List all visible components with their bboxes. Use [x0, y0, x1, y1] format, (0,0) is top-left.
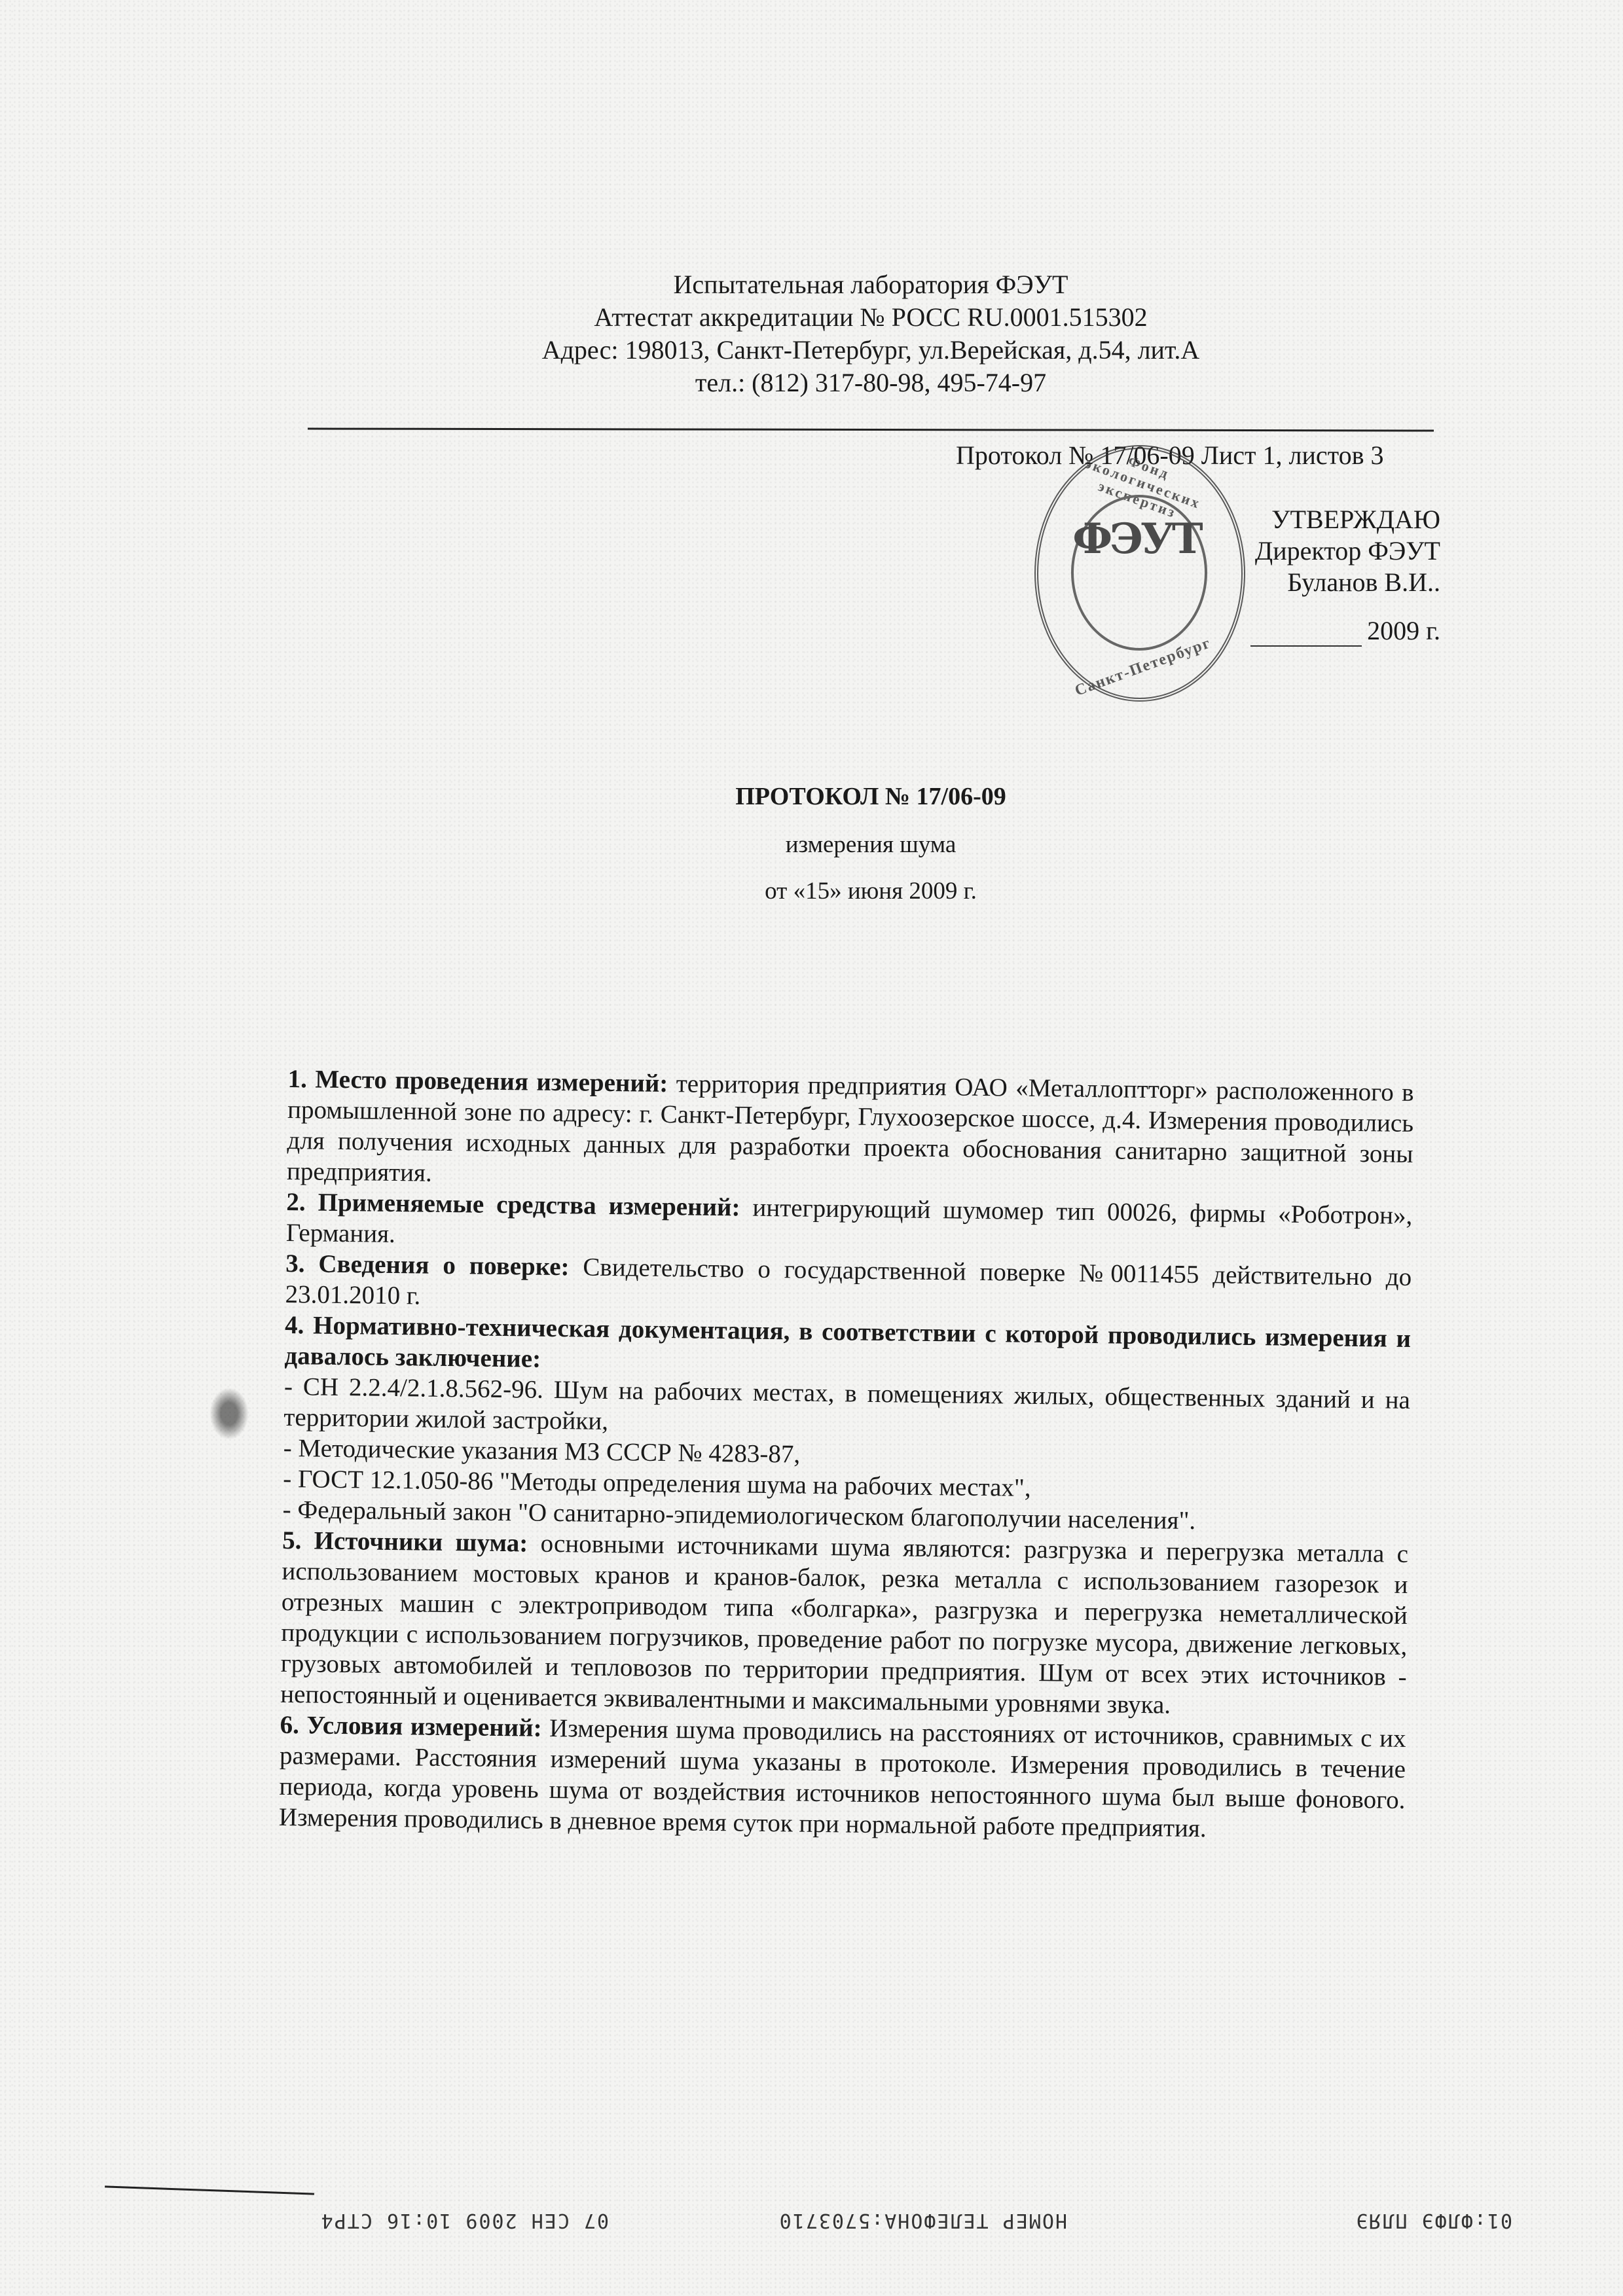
protocol-title-block: ПРОТОКОЛ № 17/06-09 измерения шума от «1…: [576, 782, 1165, 905]
approval-year: 2009 г.: [1367, 615, 1440, 647]
lab-phone: тел.: (812) 317-80-98, 495-74-97: [406, 367, 1336, 399]
approver-name: Буланов В.И..: [1231, 567, 1440, 598]
accreditation: Аттестат аккредитации № РОСС RU.0001.515…: [406, 301, 1336, 334]
header-divider: [308, 427, 1434, 431]
scan-smudge: [210, 1388, 249, 1440]
signature-blank: [1250, 626, 1362, 647]
section-label: 6. Условия измерений:: [280, 1711, 542, 1742]
section-5: 5. Источники шума: основными источниками…: [280, 1525, 1408, 1723]
protocol-heading: ПРОТОКОЛ № 17/06-09: [576, 782, 1165, 811]
section-label: 5. Источники шума:: [282, 1526, 528, 1558]
lab-header: Испытательная лаборатория ФЭУТ Аттестат …: [406, 268, 1336, 399]
section-label: 3. Сведения о поверке:: [285, 1249, 570, 1281]
fax-footer-left: 07 СЕН 2009 10:16 СТР4: [320, 2209, 609, 2232]
section-1: 1. Место проведения измерений: территори…: [287, 1064, 1414, 1200]
protocol-body: 1. Место проведения измерений: территори…: [279, 1064, 1414, 1846]
lab-address: Адрес: 198013, Санкт-Петербург, ул.Верей…: [406, 334, 1336, 367]
fax-footer-right: 01:ФЛФЭ ПЛЯЭ: [1355, 2209, 1512, 2232]
approver-position: Директор ФЭУТ: [1231, 535, 1440, 567]
section-label: 2. Применяемые средства измерений:: [286, 1188, 740, 1221]
fax-underline: [105, 2185, 314, 2195]
section-text: основными источниками шума являются: раз…: [280, 1530, 1408, 1719]
approval-date-line: 2009 г.: [1231, 615, 1440, 647]
stamp-logo: ФЭУТ: [1051, 514, 1222, 564]
protocol-date: от «15» июня 2009 г.: [576, 877, 1165, 905]
fax-footer-center: НОМЕР ТЕЛЕФОНА:5703710: [778, 2209, 1067, 2232]
section-6: 6. Условия измерений: Измерения шума про…: [279, 1710, 1406, 1846]
stamp-seal-icon: Фонд экологических экспертиз ФЭУТ Санкт-…: [1034, 445, 1245, 702]
fax-transmission-footer: 07 СЕН 2009 10:16 СТР4 НОМЕР ТЕЛЕФОНА:57…: [98, 2199, 1539, 2238]
approve-label: УТВЕРЖДАЮ: [1231, 504, 1440, 535]
approval-block: УТВЕРЖДАЮ Директор ФЭУТ Буланов В.И.. 20…: [1231, 504, 1440, 647]
section-label: 1. Место проведения измерений:: [287, 1065, 668, 1098]
protocol-subtitle: измерения шума: [576, 831, 1165, 859]
lab-name: Испытательная лаборатория ФЭУТ: [406, 268, 1336, 301]
